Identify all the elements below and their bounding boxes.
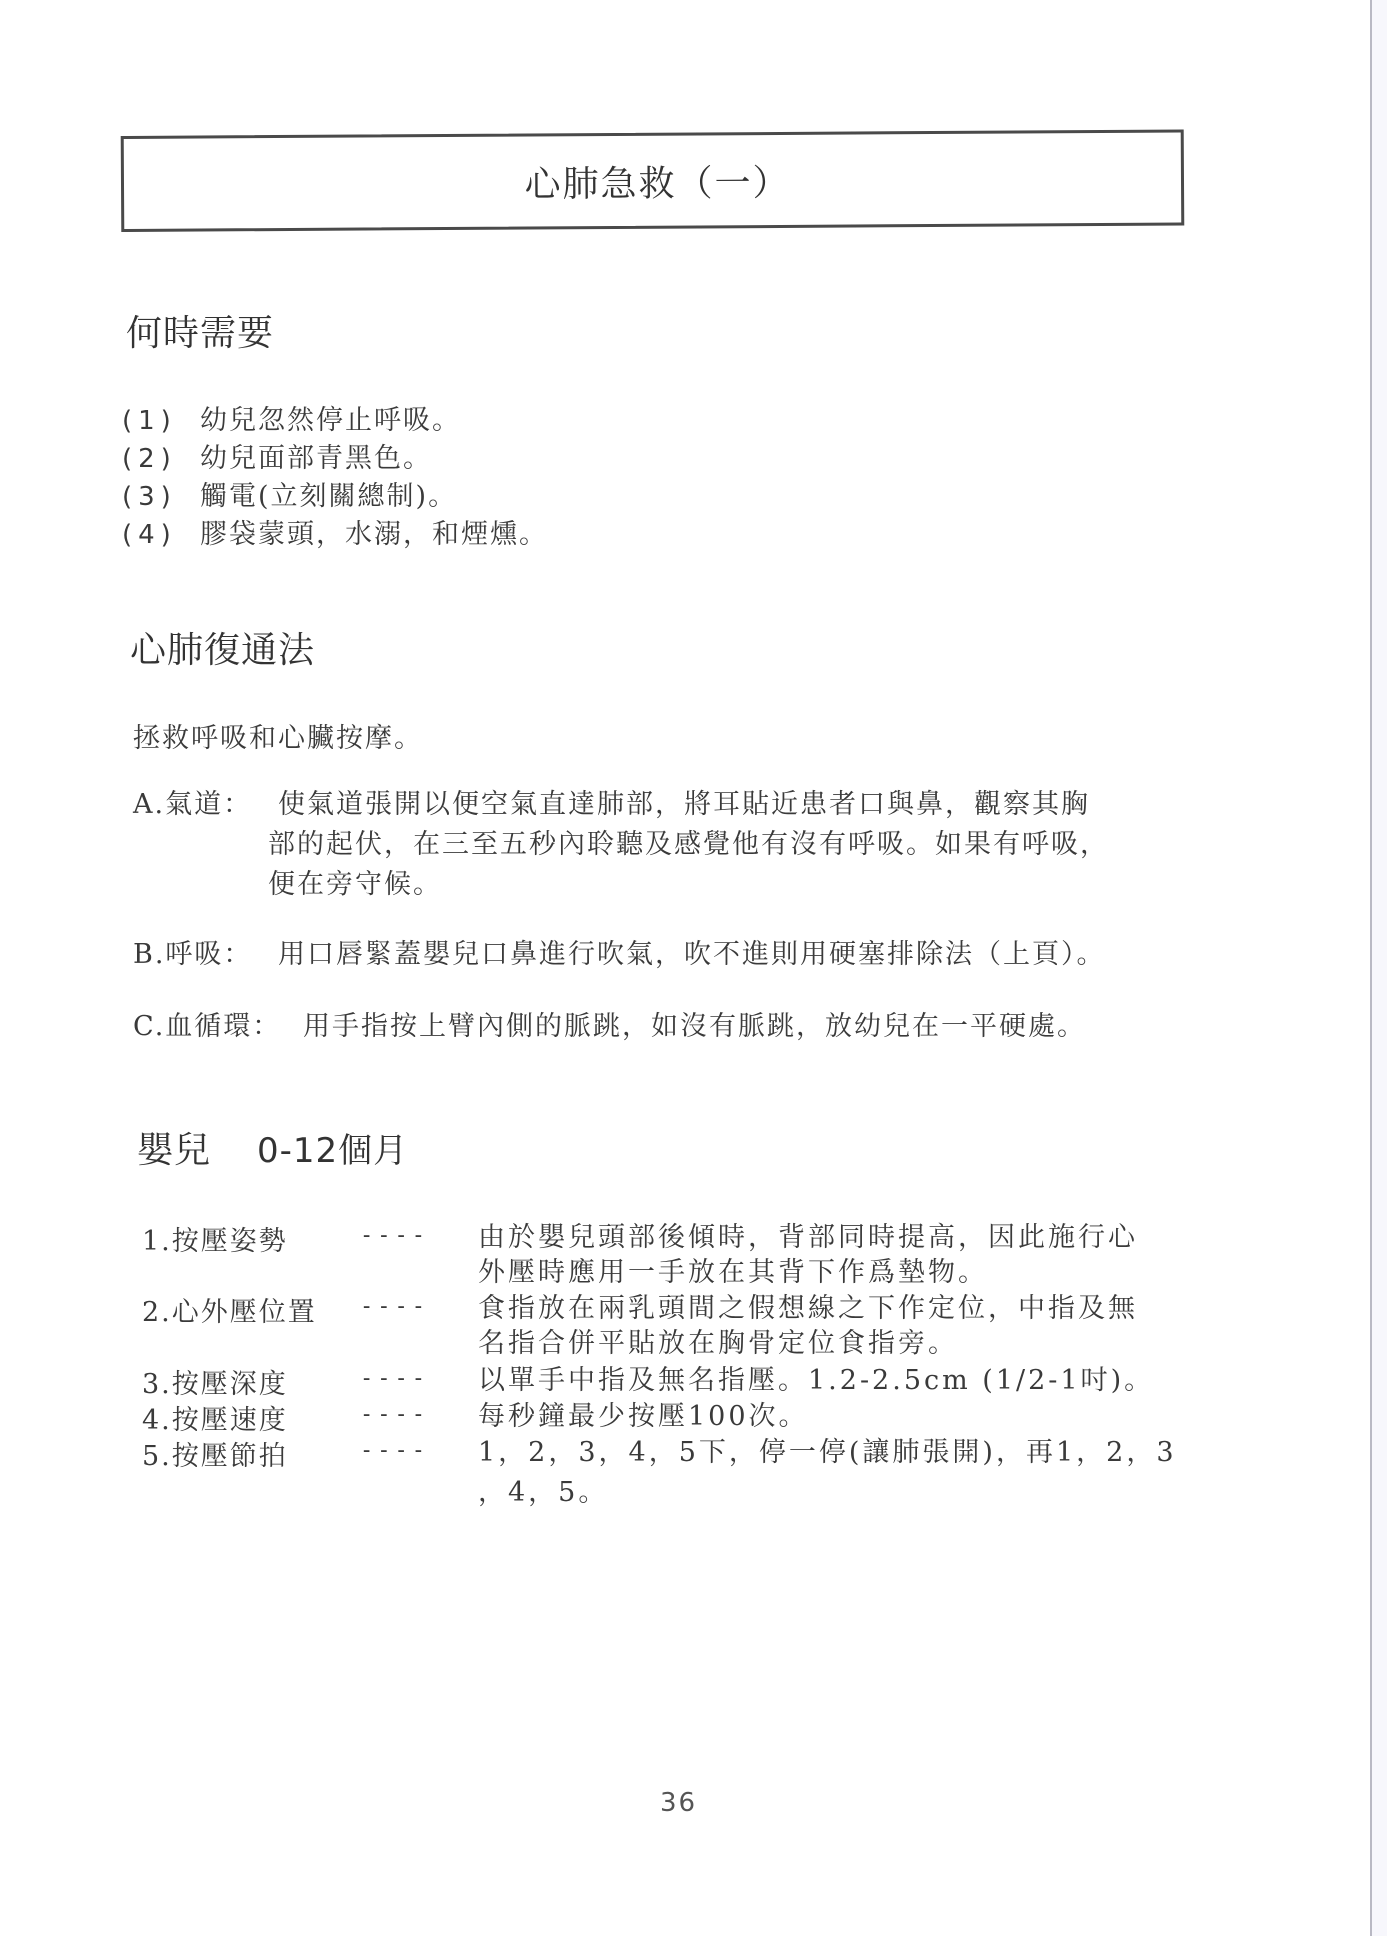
row-desc: 食指放在兩乳頭間之假想線之下作定位，中指及無	[478, 1286, 1138, 1325]
row-label: 5.按壓節拍	[142, 1434, 288, 1473]
step-c-text: 用手指按上臂內側的脈跳，如沒有脈跳，放幼兒在一平硬處。	[303, 1011, 1086, 1042]
step-a-text-cont: 便在旁守候。	[268, 862, 442, 901]
step-c-line: C.血循環：用手指按上臂內側的脈跳，如沒有脈跳，放幼兒在一平硬處。	[133, 1004, 1086, 1043]
page-number: 36	[660, 1788, 697, 1818]
row-label: 2.心外壓位置	[142, 1290, 317, 1329]
list-item-text: 膠袋蒙頭，水溺，和煙燻。	[200, 519, 548, 550]
list-item: (1)幼兒忽然停止呼吸。	[122, 398, 461, 437]
row-desc: 由於嬰兒頭部後傾時，背部同時提高，因此施行心	[478, 1215, 1138, 1254]
list-item-text: 觸電(立刻關總制)。	[200, 481, 457, 512]
row-desc: 每秒鐘最少按壓100次。	[478, 1394, 809, 1433]
row-dash: ----	[360, 1223, 429, 1248]
step-b-text: 用口唇緊蓋嬰兒口鼻進行吹氣，吹不進則用硬塞排除法（上頁）。	[278, 939, 1106, 970]
row-label: 4.按壓速度	[142, 1398, 288, 1437]
section-heading-cpr-method: 心肺復通法	[130, 622, 315, 673]
list-item-text: 幼兒忽然停止呼吸。	[200, 405, 461, 436]
row-desc: 1，2，3，4，5下，停一停(讓肺張開)，再1，2，3	[478, 1430, 1177, 1469]
section-heading-when-needed: 何時需要	[126, 305, 274, 356]
list-item-number: (3)	[122, 482, 200, 512]
step-a-text: 使氣道張開以便空氣直達肺部，將耳貼近患者口與鼻，觀察其胸	[278, 789, 1090, 820]
section-heading-infant: 嬰兒0-12個月	[137, 1122, 408, 1173]
row-label: 1.按壓姿勢	[142, 1219, 288, 1258]
list-item: (2)幼兒面部青黑色。	[122, 436, 432, 475]
row-label: 3.按壓深度	[142, 1362, 288, 1401]
step-b-line: B.呼吸：用口唇緊蓋嬰兒口鼻進行吹氣，吹不進則用硬塞排除法（上頁）。	[133, 932, 1106, 971]
step-a-label: A.氣道：	[133, 782, 278, 821]
row-dash: ----	[360, 1294, 429, 1319]
row-desc-cont: ，4，5。	[478, 1470, 608, 1509]
step-b-label: B.呼吸：	[133, 932, 278, 971]
list-item: (3)觸電(立刻關總制)。	[122, 474, 457, 513]
age-range: 0-12個月	[257, 1131, 408, 1171]
list-item-number: (4)	[122, 520, 200, 550]
row-desc: 以單手中指及無名指壓。1.2-2.5cm (1/2-1吋)。	[478, 1358, 1154, 1397]
row-dash: ----	[360, 1366, 429, 1391]
section-intro: 拯救呼吸和心臟按摩。	[133, 716, 423, 755]
list-item-number: (2)	[122, 444, 200, 474]
infant-label: 嬰兒	[137, 1130, 211, 1171]
list-item-text: 幼兒面部青黑色。	[200, 443, 432, 474]
row-dash: ----	[360, 1402, 429, 1427]
page-title: 心肺急救（一）	[524, 154, 790, 207]
row-dash: ----	[360, 1438, 429, 1463]
list-item: (4)膠袋蒙頭，水溺，和煙燻。	[122, 512, 548, 551]
step-a-text-cont: 部的起伏，在三至五秒內聆聽及感覺他有沒有呼吸。如果有呼吸，	[268, 822, 1109, 861]
step-a-line: A.氣道：使氣道張開以便空氣直達肺部，將耳貼近患者口與鼻，觀察其胸	[133, 782, 1090, 821]
list-item-number: (1)	[122, 406, 200, 436]
row-desc-cont: 名指合併平貼放在胸骨定位食指旁。	[478, 1321, 958, 1360]
scan-margin	[1372, 0, 1387, 1936]
step-c-label: C.血循環：	[133, 1004, 303, 1043]
title-box: 心肺急救（一）	[121, 130, 1185, 232]
row-desc-cont: 外壓時應用一手放在其背下作爲墊物。	[478, 1250, 988, 1289]
